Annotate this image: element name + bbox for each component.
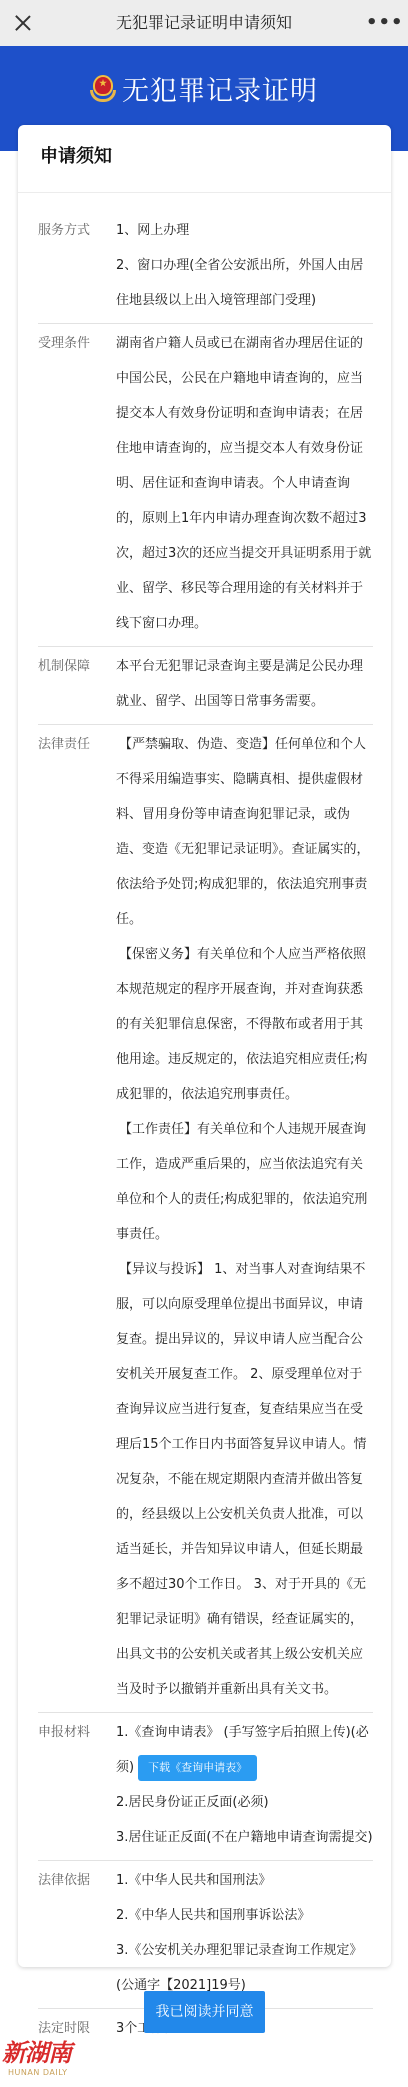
agree-button[interactable]: 我已阅读并同意 — [144, 1991, 265, 2033]
watermark-subtitle: HUNAN DAILY — [0, 2067, 84, 2079]
hero-brand: 无犯罪记录证明 — [0, 68, 408, 108]
page-title: 无犯罪记录证明申请须知 — [0, 0, 408, 46]
paragraph: 2、窗口办理(全省公安派出所，外国人由居住地县级以上出入境管理部门受理) — [116, 248, 373, 318]
paragraph: 【异议与投诉】 1、对当事人对查询结果不服，可以向原受理单位提出书面异议，申请复… — [116, 1252, 373, 1707]
row-label: 受理条件 — [38, 326, 116, 641]
row-value: 本平台无犯罪记录查询主要是满足公民办理就业、留学、出国等日常事务需要。 — [116, 649, 373, 719]
row-materials: 申报材料 1.《查询申请表》 (手写签字后拍照上传)(必须)下载《查询申请表》 … — [38, 1715, 373, 1861]
hunan-daily-watermark: 新湖南 HUNAN DAILY — [0, 2039, 84, 2079]
paragraph: 【严禁骗取、伪造、变造】任何单位和个人不得采用编造事实、隐瞒真相、提供虚假材料、… — [116, 727, 373, 937]
more-options-icon[interactable]: ••• — [366, 11, 394, 35]
police-emblem-icon — [90, 74, 116, 102]
row-service-method: 服务方式 1、网上办理 2、窗口办理(全省公安派出所，外国人由居住地县级以上出入… — [38, 213, 373, 324]
material-item-3: 3.居住证正反面(不在户籍地申请查询需提交) — [116, 1820, 373, 1855]
row-value: 【严禁骗取、伪造、变造】任何单位和个人不得采用编造事实、隐瞒真相、提供虚假材料、… — [116, 727, 373, 1707]
row-value: 1.《中华人民共和国刑法》 2.《中华人民共和国刑事诉讼法》 3.《公安机关办理… — [116, 1863, 373, 2003]
row-value: 1、网上办理 2、窗口办理(全省公安派出所，外国人由居住地县级以上出入境管理部门… — [116, 213, 373, 318]
row-label: 机制保障 — [38, 649, 116, 719]
row-value: 湖南省户籍人员或已在湖南省办理居住证的中国公民，公民在户籍地申请查询的，应当提交… — [116, 326, 373, 641]
download-form-button[interactable]: 下载《查询申请表》 — [138, 1755, 257, 1781]
notice-card: 申请须知 服务方式 1、网上办理 2、窗口办理(全省公安派出所，外国人由居住地县… — [18, 125, 391, 1967]
row-legal-liability: 法律责任 【严禁骗取、伪造、变造】任何单位和个人不得采用编造事实、隐瞒真相、提供… — [38, 727, 373, 1713]
material-item-1: 1.《查询申请表》 (手写签字后拍照上传)(必须)下载《查询申请表》 — [116, 1715, 373, 1785]
paragraph: 【工作责任】有关单位和个人违规开展查询工作，造成严重后果的，应当依法追究有关单位… — [116, 1112, 373, 1252]
row-mechanism: 机制保障 本平台无犯罪记录查询主要是满足公民办理就业、留学、出国等日常事务需要。 — [38, 649, 373, 725]
divider — [18, 192, 391, 193]
top-nav-bar: 无犯罪记录证明申请须知 ••• — [0, 0, 408, 46]
row-label: 申报材料 — [38, 1715, 116, 1855]
card-title: 申请须知 — [40, 142, 112, 168]
row-legal-basis: 法律依据 1.《中华人民共和国刑法》 2.《中华人民共和国刑事诉讼法》 3.《公… — [38, 1863, 373, 2009]
paragraph: 本平台无犯罪记录查询主要是满足公民办理就业、留学、出国等日常事务需要。 — [116, 649, 373, 719]
row-label: 服务方式 — [38, 213, 116, 318]
notice-rows: 服务方式 1、网上办理 2、窗口办理(全省公安派出所，外国人由居住地县级以上出入… — [38, 213, 373, 2053]
row-value: 1.《查询申请表》 (手写签字后拍照上传)(必须)下载《查询申请表》 2.居民身… — [116, 1715, 373, 1855]
watermark-logo: 新湖南 — [0, 2039, 84, 2067]
material-item-2: 2.居民身份证正反面(必须) — [116, 1785, 373, 1820]
row-label: 法律责任 — [38, 727, 116, 1707]
row-label: 法律依据 — [38, 1863, 116, 2003]
row-acceptance-conditions: 受理条件 湖南省户籍人员或已在湖南省办理居住证的中国公民，公民在户籍地申请查询的… — [38, 326, 373, 647]
paragraph: 1、网上办理 — [116, 213, 373, 248]
paragraph: 【保密义务】有关单位和个人应当严格依照本规范规定的程序开展查询，并对查询获悉的有… — [116, 937, 373, 1112]
paragraph: 2.《中华人民共和国刑事诉讼法》 — [116, 1898, 373, 1933]
paragraph: 湖南省户籍人员或已在湖南省办理居住证的中国公民，公民在户籍地申请查询的，应当提交… — [116, 326, 373, 641]
paragraph: 1.《中华人民共和国刑法》 — [116, 1863, 373, 1898]
hero-title: 无犯罪记录证明 — [122, 69, 318, 108]
